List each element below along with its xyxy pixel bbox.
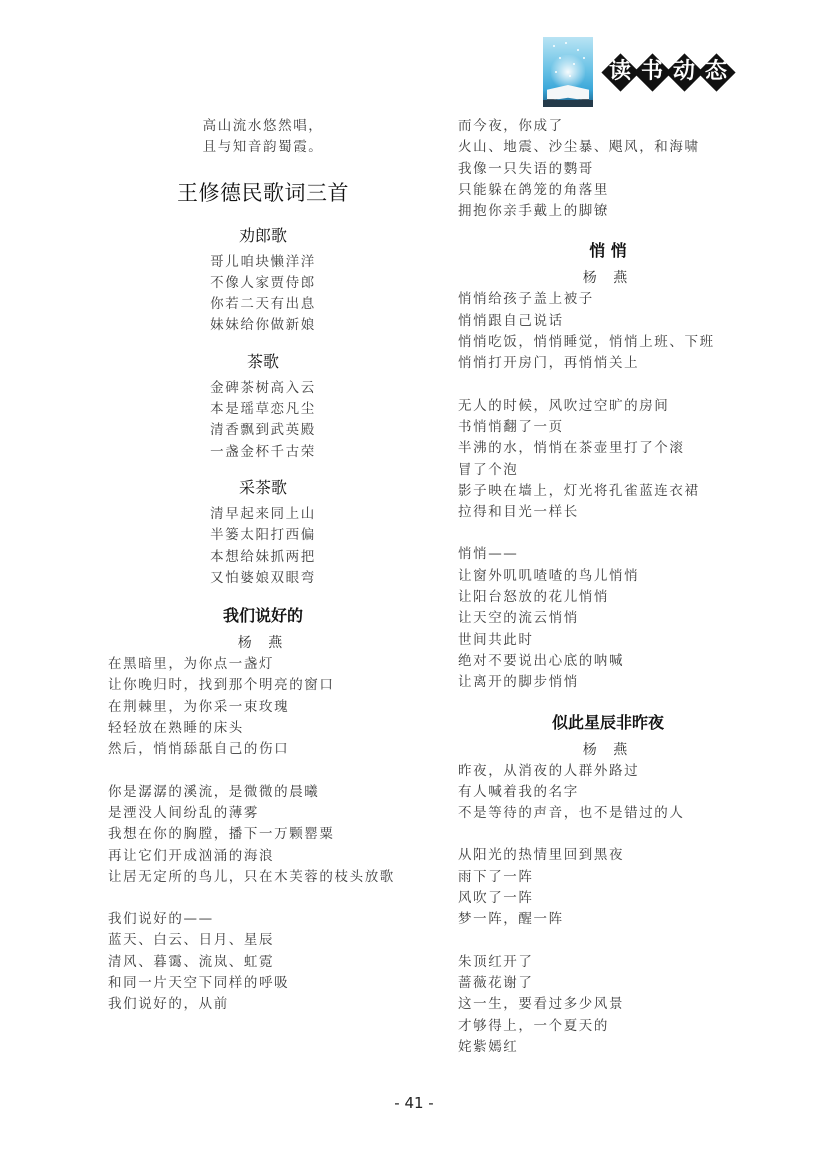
- verse-line: 拉得和目光一样长: [458, 502, 758, 523]
- poem-stanza: 悄悄—— 让窗外叽叽喳喳的鸟儿悄悄 让阳台怒放的花儿悄悄 让天空的流云悄悄 世间…: [458, 544, 758, 693]
- verse-line: 朱顶红开了: [458, 952, 758, 973]
- verse-line: 悄悄打开房门，再悄悄关上: [458, 353, 758, 374]
- verse-line: 才够得上，一个夏天的: [458, 1016, 758, 1037]
- poem-title: 似此星辰非昨夜: [458, 710, 758, 733]
- verse-line: 让你晚归时，找到那个明亮的窗口: [108, 675, 418, 696]
- page-number: - 41 -: [0, 1094, 828, 1112]
- verse-line: 火山、地震、沙尘暴、飓风，和海啸: [458, 137, 758, 158]
- poem-continuation: 而今夜，你成了 火山、地震、沙尘暴、飓风，和海啸 我像一只失语的鹦哥 只能躲在鸽…: [458, 116, 758, 222]
- verse-line: 只能躲在鸽笼的角落里: [458, 180, 758, 201]
- verse-line: 昨夜，从消夜的人群外路过: [458, 761, 758, 782]
- badge-char: 态: [697, 53, 735, 91]
- verse-line: 我们说好的——: [108, 909, 418, 930]
- verse-line: 蓝天、白云、日月、星辰: [108, 930, 418, 951]
- section-title: 王修德民歌词三首: [108, 177, 418, 207]
- verse-line: 蔷薇花谢了: [458, 973, 758, 994]
- poem-author: 杨 燕: [108, 632, 418, 652]
- verse-line: 我像一只失语的鹦哥: [458, 159, 758, 180]
- intro-verse: 高山流水悠然唱， 且与知音韵蜀霞。: [108, 116, 418, 159]
- verse-line: 姹紫嫣红: [458, 1037, 758, 1058]
- verse-line: 清风、暮霭、流岚、虹霓: [108, 952, 418, 973]
- verse-line: 书悄悄翻了一页: [458, 417, 758, 438]
- verse-line: 这一生，要看过多少风景: [458, 994, 758, 1015]
- poem-stanza: 在黑暗里，为你点一盏灯 让你晚归时，找到那个明亮的窗口 在荆棘里，为你采一束玫瑰…: [108, 654, 418, 760]
- verse-line: 让居无定所的鸟儿，只在木芙蓉的枝头放歌: [108, 867, 418, 888]
- poem-author: 杨 燕: [458, 739, 758, 759]
- verse-line: 风吹了一阵: [458, 888, 758, 909]
- verse-line: 拥抱你亲手戴上的脚镣: [458, 201, 758, 222]
- verse-line: 你若二天有出息: [108, 294, 418, 315]
- verse-line: 清早起来同上山: [108, 504, 418, 525]
- verse-line: 悄悄跟自己说话: [458, 311, 758, 332]
- verse-line: 半篓太阳打西偏: [108, 525, 418, 546]
- verse-line: 高山流水悠然唱，: [108, 116, 418, 137]
- left-column: 高山流水悠然唱， 且与知音韵蜀霞。 王修德民歌词三首 劝郎歌 哥儿咱块懒洋洋 不…: [108, 116, 418, 1016]
- poem-stanza: 昨夜，从消夜的人群外路过 有人喊着我的名字 不是等待的声音，也不是错过的人: [458, 761, 758, 825]
- verse-line: 雨下了一阵: [458, 867, 758, 888]
- verse-line: 悄悄给孩子盖上被子: [458, 289, 758, 310]
- verse-line: 且与知音韵蜀霞。: [108, 137, 418, 158]
- verse-line: 冒了个泡: [458, 460, 758, 481]
- song-lines: 清早起来同上山 半篓太阳打西偏 本想给妹抓两把 又怕婆娘双眼弯: [108, 504, 418, 589]
- verse-line: 一盏金杯千古荣: [108, 442, 418, 463]
- verse-line: 不像人家贾侍郎: [108, 273, 418, 294]
- poem-stanza: 朱顶红开了 蔷薇花谢了 这一生，要看过多少风景 才够得上，一个夏天的 姹紫嫣红: [458, 952, 758, 1058]
- verse-line: 本是瑶草恋凡尘: [108, 399, 418, 420]
- verse-line: 再让它们开成汹涌的海浪: [108, 846, 418, 867]
- verse-line: 哥儿咱块懒洋洋: [108, 252, 418, 273]
- verse-line: 让阳台怒放的花儿悄悄: [458, 587, 758, 608]
- verse-line: 我们说好的，从前: [108, 994, 418, 1015]
- verse-line: 半沸的水，悄悄在茶壶里打了个滚: [458, 438, 758, 459]
- poem-title: 我们说好的: [108, 603, 418, 626]
- verse-line: 不是等待的声音，也不是错过的人: [458, 803, 758, 824]
- verse-line: 在荆棘里，为你采一束玫瑰: [108, 697, 418, 718]
- open-book-sparkle-icon: [543, 37, 593, 107]
- verse-line: 世间共此时: [458, 630, 758, 651]
- verse-line: 金碑茶树高入云: [108, 378, 418, 399]
- verse-line: 悄悄——: [458, 544, 758, 565]
- verse-line: 然后，悄悄舔舐自己的伤口: [108, 739, 418, 760]
- verse-line: 和同一片天空下同样的呼吸: [108, 973, 418, 994]
- poem-stanza: 无人的时候，风吹过空旷的房间 书悄悄翻了一页 半沸的水，悄悄在茶壶里打了个滚 冒…: [458, 396, 758, 524]
- verse-line: 妹妹给你做新娘: [108, 315, 418, 336]
- verse-line: 让天空的流云悄悄: [458, 608, 758, 629]
- song-lines: 金碑茶树高入云 本是瑶草恋凡尘 清香飘到武英殿 一盏金杯千古荣: [108, 378, 418, 463]
- song-lines: 哥儿咱块懒洋洋 不像人家贾侍郎 你若二天有出息 妹妹给你做新娘: [108, 252, 418, 337]
- verse-line: 绝对不要说出心底的呐喊: [458, 651, 758, 672]
- poem-author: 杨 燕: [458, 267, 758, 287]
- poem-stanza: 你是潺潺的溪流，是微微的晨曦 是湮没人间纷乱的薄雾 我想在你的胸膛，播下一万颗罂…: [108, 782, 418, 888]
- verse-line: 影子映在墙上，灯光将孔雀蓝连衣裙: [458, 481, 758, 502]
- verse-line: 而今夜，你成了: [458, 116, 758, 137]
- song-title: 劝郎歌: [108, 223, 418, 246]
- verse-line: 无人的时候，风吹过空旷的房间: [458, 396, 758, 417]
- section-badge: 读 书 动 态: [543, 37, 729, 107]
- verse-line: 清香飘到武英殿: [108, 420, 418, 441]
- verse-line: 梦一阵，醒一阵: [458, 909, 758, 930]
- verse-line: 是湮没人间纷乱的薄雾: [108, 803, 418, 824]
- poem-stanza: 我们说好的—— 蓝天、白云、日月、星辰 清风、暮霭、流岚、虹霓 和同一片天空下同…: [108, 909, 418, 1015]
- verse-line: 我想在你的胸膛，播下一万颗罂粟: [108, 824, 418, 845]
- verse-line: 你是潺潺的溪流，是微微的晨曦: [108, 782, 418, 803]
- verse-line: 本想给妹抓两把: [108, 547, 418, 568]
- song-title: 茶歌: [108, 349, 418, 372]
- poem-stanza: 从阳光的热情里回到黑夜 雨下了一阵 风吹了一阵 梦一阵，醒一阵: [458, 845, 758, 930]
- verse-line: 有人喊着我的名字: [458, 782, 758, 803]
- verse-line: 悄悄吃饭，悄悄睡觉，悄悄上班、下班: [458, 332, 758, 353]
- verse-line: 从阳光的热情里回到黑夜: [458, 845, 758, 866]
- verse-line: 又怕婆娘双眼弯: [108, 568, 418, 589]
- poem-title: 悄 悄: [458, 238, 758, 261]
- right-column: 而今夜，你成了 火山、地震、沙尘暴、飓风，和海啸 我像一只失语的鹦哥 只能躲在鸽…: [458, 116, 758, 1058]
- song-title: 采茶歌: [108, 475, 418, 498]
- verse-line: 轻轻放在熟睡的床头: [108, 718, 418, 739]
- verse-line: 让离开的脚步悄悄: [458, 672, 758, 693]
- poem-stanza: 悄悄给孩子盖上被子 悄悄跟自己说话 悄悄吃饭，悄悄睡觉，悄悄上班、下班 悄悄打开…: [458, 289, 758, 374]
- verse-line: 在黑暗里，为你点一盏灯: [108, 654, 418, 675]
- section-label: 读 书 动 态: [601, 53, 729, 91]
- verse-line: 让窗外叽叽喳喳的鸟儿悄悄: [458, 566, 758, 587]
